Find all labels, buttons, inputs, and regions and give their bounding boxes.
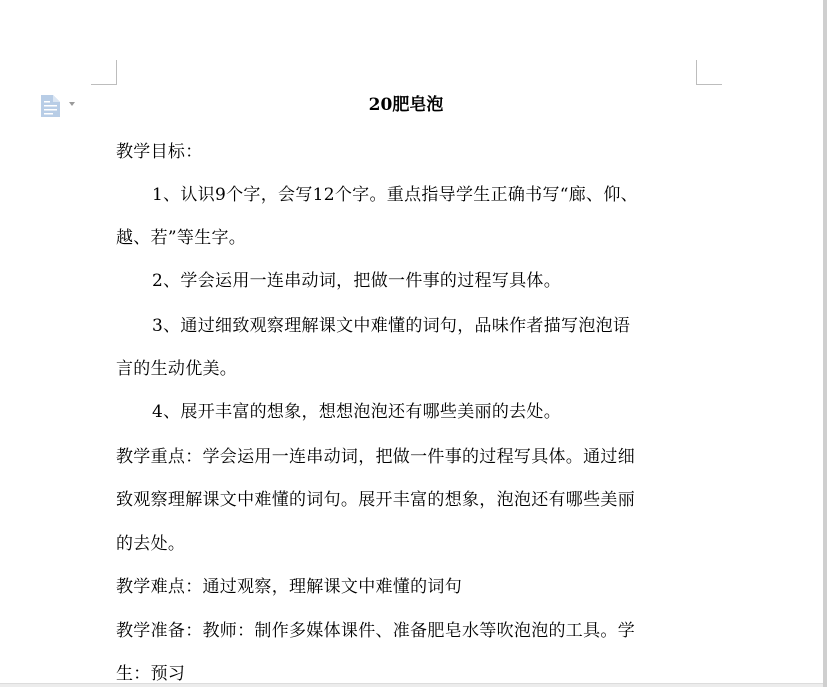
text-line: 教学难点：通过观察，理解课文中难懂的词句 <box>116 575 462 599</box>
text-line: 教学目标： <box>116 140 203 164</box>
text-line: 1、认识9个字，会写12个字。重点指导学生正确书写“廊、仰、 <box>152 183 638 207</box>
crop-mark-top-left <box>91 60 117 85</box>
document-icon[interactable] <box>41 95 61 117</box>
text-line: 越、若”等生字。 <box>116 226 246 250</box>
text-line: 2、学会运用一连串动词，把做一件事的过程写具体。 <box>152 269 561 293</box>
document-page: 20肥皂泡 教学目标： 1、认识9个字，会写12个字。重点指导学生正确书写“廊、… <box>0 0 823 684</box>
text-line: 3、通过细致观察理解课文中难懂的词句，品味作者描写泡泡语 <box>152 314 630 338</box>
text-line: 教学准备：教师：制作多媒体课件、准备肥皂水等吹泡泡的工具。学 <box>116 619 635 643</box>
text-line: 致观察理解课文中难懂的词句。展开丰富的想象，泡泡还有哪些美丽 <box>116 488 635 512</box>
vertical-scrollbar[interactable] <box>823 0 827 687</box>
chevron-down-icon[interactable] <box>69 102 75 106</box>
text-line: 4、展开丰富的想象，想想泡泡还有哪些美丽的去处。 <box>152 400 561 424</box>
text-line: 言的生动优美。 <box>116 357 237 381</box>
horizontal-scrollbar[interactable] <box>0 683 823 687</box>
crop-mark-top-right <box>696 60 722 85</box>
text-line: 教学重点：学会运用一连串动词，把做一件事的过程写具体。通过细 <box>116 445 635 469</box>
document-title: 20肥皂泡 <box>116 93 696 117</box>
text-line: 的去处。 <box>116 532 185 556</box>
